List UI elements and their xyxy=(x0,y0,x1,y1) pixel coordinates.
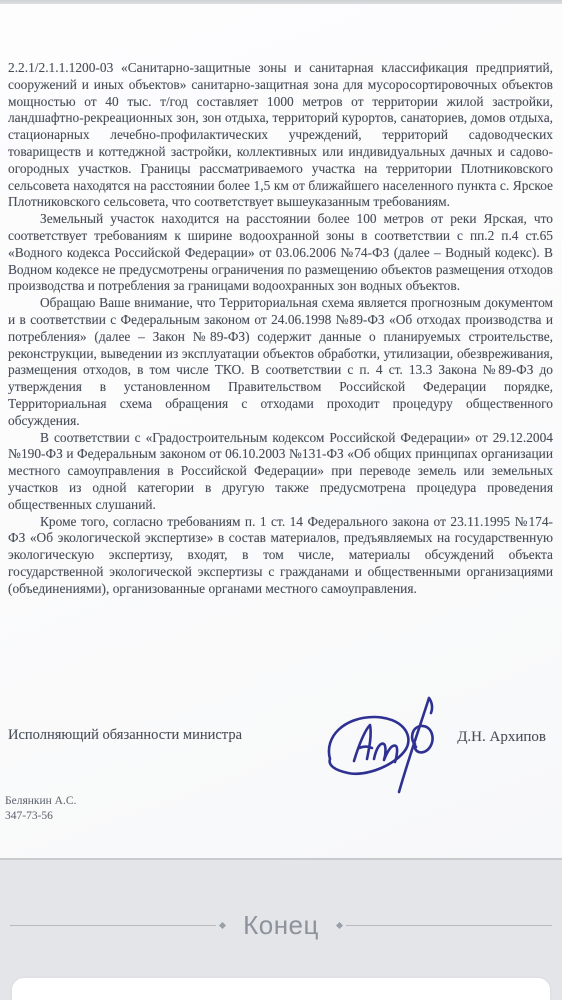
doc-paragraph: Земельный участок находится на расстояни… xyxy=(8,211,553,295)
handwritten-signature-icon xyxy=(308,695,458,800)
diamond-icon xyxy=(219,921,226,928)
end-divider: Конец xyxy=(0,908,562,942)
document-body: 2.2.1/2.1.1.1200-03 «Санитарно-защитные … xyxy=(8,60,553,598)
divider-line-left xyxy=(10,925,216,926)
doc-paragraph: 2.2.1/2.1.1.1200-03 «Санитарно-защитные … xyxy=(8,60,553,211)
signature-row: Исполняющий обязанности министра Д.Н. Ар… xyxy=(8,699,552,799)
doc-paragraph: Кроме того, согласно требованиям п. 1 ст… xyxy=(8,514,553,598)
end-label: Конец xyxy=(243,910,319,941)
doc-paragraph: В соответствии с «Градостроительным коде… xyxy=(8,430,553,514)
contact-phone: 347-73-56 xyxy=(5,809,76,824)
contact-block: Белянкин А.С. 347-73-56 xyxy=(5,794,76,824)
divider-line-right xyxy=(346,925,552,926)
contact-name: Белянкин А.С. xyxy=(5,794,76,809)
signer-role: Исполняющий обязанности министра xyxy=(8,727,242,744)
document-viewer: 2.2.1/2.1.1.1200-03 «Санитарно-защитные … xyxy=(0,0,562,1000)
signer-name: Д.Н. Архипов xyxy=(457,729,546,746)
doc-paragraph: Обращаю Ваше внимание, что Территориальн… xyxy=(8,295,553,429)
diamond-icon xyxy=(336,921,343,928)
document-page: 2.2.1/2.1.1.1200-03 «Санитарно-защитные … xyxy=(0,4,562,860)
next-content-card[interactable] xyxy=(12,978,550,1000)
